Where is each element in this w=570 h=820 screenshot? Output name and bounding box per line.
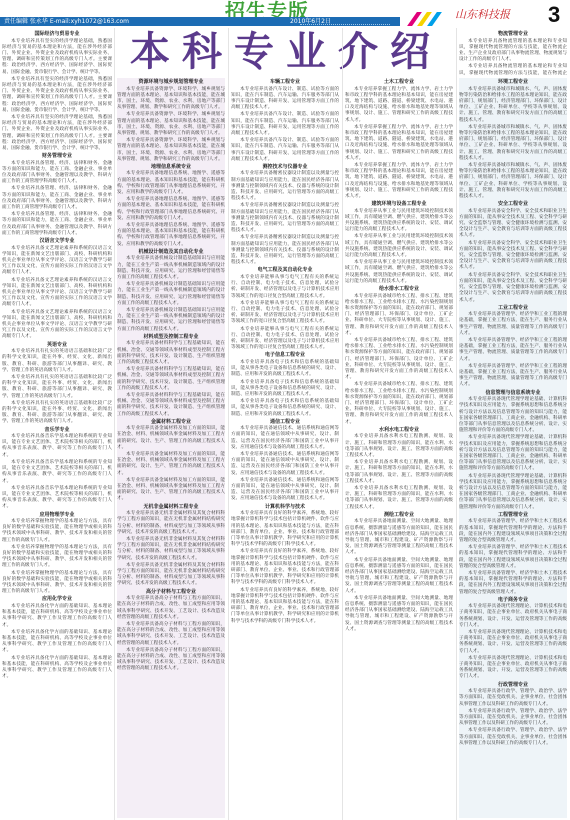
- section-body: 本专业培养具备化学方面的基础知识、基本理论和基本技能，能在科研机构、高等学校及企…: [2, 630, 112, 655]
- section-heading: 金属材料工程专业: [117, 419, 225, 426]
- section-heading: 应用物理学专业: [2, 512, 112, 519]
- section-body: 本专业培养具备机械设计制造基础知识与应用能力，能在工业生产第一线从事机械制造领域…: [117, 256, 225, 281]
- section-body: 本专业培养具备汽车设计、制造、试验等方面的知识，能在汽车制造、汽车运输、汽车服务…: [231, 87, 339, 112]
- headline-char: 专: [234, 30, 274, 74]
- section-body: 本专业培养具备资源学、环境科学、城乡规划与管理方面的基本理论、基本知识和基本技能…: [117, 87, 225, 112]
- section-body: 本专业培养具备地面测量、空间大地测量、地理信息系统、摄影测量与遥感等方面的知识，…: [345, 519, 453, 556]
- section-heading: 电子商务专业: [459, 597, 567, 604]
- section-body: 本专业培养具备精密仪器设计制造以及测量与控制方面基础知识与应用能力，能在国民经济…: [231, 235, 339, 266]
- section-heading: 给水排水工程专业: [345, 286, 453, 293]
- article-column: 物流管理专业本专业培养具备物流管理的基本理论和专业知识，掌握现代物流管理的方法与…: [459, 30, 567, 76]
- headline: 本 科 专 业 介 绍: [130, 30, 430, 74]
- column-divider: [456, 28, 457, 820]
- section-heading: 资源环境与城乡规划管理专业: [117, 79, 225, 86]
- section-heading: 高分子材料与工程专业: [117, 589, 225, 596]
- section-body: 本专业培养具备现代管理理论、计算机技术和电子商务知识，能在企事业单位、政府机关从…: [459, 656, 567, 681]
- section-body: 本专业培养具备地理信息系统、地图学、遥感等方面的基本理论、基本知识和基本技能，能…: [117, 223, 225, 248]
- section-heading: 车辆工程专业: [231, 79, 339, 86]
- section-body: 本专业培养具备物流管理的基本理论和专业知识，掌握现代物流管理的方法与技能，能在物…: [459, 39, 567, 64]
- section-body: 本专业培养具备音乐学基本理论和系统的专业知识，能在专业文艺团体、艺术院校等相关的…: [2, 460, 112, 485]
- section-body: 本专业培养具备资源学、环境科学、城乡规划与管理方面的基本理论、基本知识和基本技能…: [117, 138, 225, 163]
- section-body: 本专业培养具备安全科学、安全技术和职业卫生方面的知识，能从事安全技术及工程、安全…: [459, 241, 567, 272]
- section-body: 本专业培养具备城市给水工程、排水工程、建筑给水排水工程、工业给水排水工程、水污染…: [345, 382, 453, 425]
- section-body: 本专业培养具备现代管理学理论基础、计算机科学技术知识及应用能力，掌握系统思想和信…: [459, 474, 567, 511]
- section-heading: 通信工程专业: [231, 419, 339, 426]
- section-body: 本专业培养具备汽车设计、制造、试验等方面的知识，能在汽车制造、汽车运输、汽车服务…: [231, 138, 339, 163]
- section-heading: 工程管理专业: [459, 512, 567, 519]
- section-body: 本专业培养具备行政学、管理学、政治学、法学等方面知识，能在党政机关、企事业单位、…: [459, 728, 567, 747]
- section-body: 本专业培养具备城市和城镇水、气、声、固体废物等污染防治和给排水工程的基本理论知识…: [459, 163, 567, 200]
- section-heading: 汉语言文学专业: [2, 238, 112, 245]
- section-body: 本专业培养具备城市给水工程、排水工程、建筑给水排水工程、工业给水排水工程、水污染…: [345, 294, 453, 337]
- section-heading: 计算机科学与技术: [231, 504, 339, 511]
- section-body: 本专业培养具备通信技术、通信系统和通信网等方面的知识，能在通信领域中从事研究、设…: [231, 426, 339, 451]
- section-body: 本专业培养能够从事与电气工程有关的系统运行、自动控制、电力电子技术、信息处理、试…: [231, 327, 339, 352]
- section-body: 本专业培养具备管理学、经济学和土木工程技术的基本知识，掌握现代管理科学的理论、方…: [459, 545, 567, 570]
- section-heading: 信息管理与信息系统专业: [459, 390, 567, 397]
- section-body: 本专业培养具备化学方面的基础知识、基本理论和基本技能，能在科研机构、高等学校及企…: [2, 656, 112, 681]
- section-heading: 行政管理专业: [459, 682, 567, 689]
- section-body: 本专业培养具有良好的科学素养，系统地、较好地掌握计算机科学与技术包括计算机硬件、…: [231, 549, 339, 586]
- masthead-logo: 山东科技报: [455, 6, 510, 22]
- section-heading: 机械设计制造及其自动化专业: [117, 249, 225, 256]
- section-body: 本专业培养具备金属材料及加工方面的知识，能在冶金、材料、机械领域从事金属材料及加…: [117, 452, 225, 477]
- section-body: 本专业培养具备音乐学基本理论和系统的专业知识，能在专业文艺团体、艺术院校等相关的…: [2, 434, 112, 459]
- section-body: 本专业培养具备电子技术和信息系统的基础知识，能从事各类电子设备和信息系统的研究、…: [231, 360, 339, 379]
- section-heading: 国际经济与贸易专业: [2, 31, 112, 38]
- section-body: 本专业培养具备通信技术、通信系统和通信网等方面的知识，能在通信领域中从事研究、设…: [231, 452, 339, 477]
- section-body: 本专业培养具备管理学、经济学和工业工程的理论基础，掌握工业工程方法，能在生产、服…: [459, 338, 567, 363]
- headline-char: 科: [182, 30, 222, 74]
- section-heading: 建筑环境与设备工程专业: [345, 201, 453, 208]
- section-body: 本专业培养具备地面测量、空间大地测量、地理信息系统、摄影测量与遥感等方面的知识，…: [345, 558, 453, 595]
- section-body: 本专业培养具备资源学、环境科学、城乡规划与管理方面的基本理论、基本知识和基本技能…: [117, 112, 225, 137]
- section-body: 本专业培养掌握工程力学、流体力学、岩土力学和市政工程学科的基本理论和基本知识，能…: [345, 87, 453, 124]
- section-body: 本专业培养掌握工程力学、流体力学、岩土力学和市政工程学科的基本理论和基本知识，能…: [345, 125, 453, 162]
- section-body: 本专业培养能够从事与电气工程有关的系统运行、自动控制、电力电子技术、信息处理、试…: [231, 275, 339, 300]
- section-heading: 英语专业: [2, 342, 112, 349]
- section-body: 本专业培养掌握物理学的基本理论与方法，具有良好的数学基础和实验技能，能在物理学或…: [2, 519, 112, 544]
- section-body: 本专业培养具备行政学、管理学、政治学、法学等方面知识，能在党政机关、企事业单位、…: [459, 689, 567, 708]
- section-body: 本专业培养具备安全科学、安全技术和职业卫生方面的知识，能从事安全技术及工程、安全…: [459, 209, 567, 240]
- section-body: 本专业培养具备精密仪器设计制造以及测量与控制方面基础知识与应用能力，能在国民经济…: [231, 203, 339, 234]
- section-heading: 安全工程专业: [459, 201, 567, 208]
- section-body: 本专业培养具备水利水电工程勘测、规划、设计、施工、科研和管理等方面的知识，能在水…: [345, 460, 453, 485]
- article-column: 土木工程专业本专业培养掌握工程力学、流体力学、岩土力学和市政工程学科的基本理论和…: [345, 78, 453, 818]
- headline-char: 业: [286, 30, 326, 74]
- section-body: 本专业培养具有坚实的经济学理论基础，熟悉国际经济与贸易的基本理论和方法，能在涉外…: [2, 115, 112, 152]
- section-body: 本专业培养从事工业与民用建筑环境控制技术领域工作，具有暖通空调、燃气供应、建筑给…: [345, 209, 453, 234]
- headline-char: 本: [130, 30, 170, 74]
- article-column: 车辆工程专业本专业培养具备汽车设计、制造、试验等方面的知识，能在汽车制造、汽车运…: [231, 78, 339, 818]
- headline-char: 绍: [390, 30, 430, 74]
- section-heading: 土木工程专业: [345, 79, 453, 86]
- section-body: 本专业培养具备管理学、经济学和工业工程的理论基础，掌握工业工程方法，能在生产、服…: [459, 364, 567, 389]
- section-body: 本专业培养具备电子技术和信息系统的基础知识，能从事各类电子设备和信息系统的研究、…: [231, 380, 339, 399]
- section-body: 本专业培养具备材料科学与工程基础知识，能在机械、冶金、交通等领域从事材料成型及控…: [117, 341, 225, 366]
- section-body: 本专业培养具备水利水电工程勘测、规划、设计、施工、科研和管理等方面的知识，能在水…: [345, 434, 453, 459]
- section-body: 本专业培养具备现代管理学理论基础、计算机科学技术知识及应用能力，掌握系统思想和信…: [459, 435, 567, 472]
- section-heading: 环境工程专业: [459, 79, 567, 86]
- section-body: 本专业培养具备物流管理的基本理论和专业知识，掌握现代物流管理的方法与技能，能在物…: [459, 64, 567, 76]
- section-body: 本专业培养具备高分子材料与工程方面的知识，能在高分子材料的合成、改性、加工成型和…: [117, 622, 225, 647]
- section-body: 本专业培养从事工业与民用建筑环境控制技术领域工作，具有暖通空调、燃气供应、建筑给…: [345, 260, 453, 285]
- column-divider: [342, 28, 343, 820]
- section-body: 本专业培养具备无机非金属材料及其复合材料科学与工程方面的知识，能在无机非金属材料…: [117, 563, 225, 588]
- headline-char: 介: [338, 30, 378, 74]
- section-body: 本专业培养具有坚实的经济学理论基础，熟悉国际经济与贸易的基本理论和方法，能在涉外…: [2, 77, 112, 114]
- section-body: 本专业培养具备文艺理论素养和系统的汉语言文学知识，能在新闻文艺出版部门、高校、科…: [2, 310, 112, 341]
- section-body: 本专业培养具备文艺理论素养和系统的汉语言文学知识，能在新闻文艺出版部门、高校、科…: [2, 246, 112, 277]
- editor-line: 责任编辑 张永华 E-mail:xyh1072@163.com: [4, 17, 129, 26]
- page-number: 3: [548, 2, 560, 28]
- section-body: 本专业培养具备精密仪器设计制造以及测量与控制方面基础知识与应用能力，能在国民经济…: [231, 171, 339, 202]
- section-heading: 工业工程专业: [459, 305, 567, 312]
- section-body: 本专业培养具备通信技术、通信系统和通信网等方面的知识，能在通信领域中从事研究、设…: [231, 478, 339, 503]
- column-divider: [114, 28, 115, 820]
- article-column: 环境工程专业本专业培养具备城市和城镇水、气、声、固体废物等污染防治和给排水工程的…: [459, 78, 567, 818]
- section-body: 本专业培养具备机械设计制造基础知识与应用能力，能在工业生产第一线从事机械制造领域…: [117, 282, 225, 307]
- section-body: 本专业培养具备文艺理论素养和系统的汉语言文学知识，能在新闻文艺出版部门、高校、科…: [2, 278, 112, 309]
- color-stripes-icon: [408, 12, 448, 28]
- section-body: 本专业培养具备金属材料及加工方面的知识，能在冶金、材料、机械领域从事金属材料及加…: [117, 478, 225, 503]
- section-heading: 财务管理专业: [2, 153, 112, 160]
- section-body: 本专业培养具备音乐学基本理论和系统的专业知识，能在专业文艺团体、艺术院校等相关的…: [2, 486, 112, 511]
- section-body: 本专业培养具有坚实的经济学理论基础，熟悉国际经济与贸易的基本理论和方法，能在涉外…: [2, 39, 112, 76]
- section-heading: 电子信息工程专业: [231, 352, 339, 359]
- section-body: 本专业培养具有良好的科学素养，系统地、较好地掌握计算机科学与技术包括计算机硬件、…: [231, 588, 339, 625]
- section-body: 本专业培养具备管理学、经济学和土木工程技术的基本知识，掌握现代管理科学的理论、方…: [459, 571, 567, 596]
- section-body: 本专业培养具有扎实的英语语言基础和比较广泛的科学文化知识，能在外事、经贸、文化、…: [2, 349, 112, 374]
- section-heading: 音乐学专业: [2, 427, 112, 434]
- section-body: 本专业培养具备水利水电工程勘测、规划、设计、施工、科研和管理等方面的知识，能在水…: [345, 486, 453, 511]
- section-body: 本专业培养具备管理学、经济学和土木工程技术的基本知识，掌握现代管理科学的理论、方…: [459, 519, 567, 544]
- section-body: 本专业培养具备现代管理理论、计算机技术和电子商务知识，能在企事业单位、政府机关从…: [459, 604, 567, 629]
- section-heading: 材料成型及控制工程专业: [117, 334, 225, 341]
- section-body: 本专业培养具备行政学、管理学、政治学、法学等方面知识，能在党政机关、企事业单位、…: [459, 709, 567, 728]
- section-heading: 物流管理专业: [459, 31, 567, 38]
- section-body: 本专业培养具备管理学、经济学和工业工程的理论基础，掌握工业工程方法，能在生产、服…: [459, 312, 567, 337]
- section-body: 本专业培养具备管理、经济、法律和财务、金融等方面的知识和能力，能在工商、金融企业…: [2, 212, 112, 237]
- section-body: 本专业培养具备无机非金属材料及其复合材料科学与工程方面的知识，能在无机非金属材料…: [117, 537, 225, 562]
- section-heading: 电气工程及其自动化专业: [231, 267, 339, 274]
- section-body: 本专业培养具备城市和城镇水、气、声、固体废物等污染防治和给排水工程的基本理论知识…: [459, 87, 567, 124]
- section-heading: 测控技术与仪器专业: [231, 164, 339, 171]
- section-body: 本专业培养具备电子技术和信息系统的基础知识，能从事各类电子设备和信息系统的研究、…: [231, 399, 339, 418]
- section-body: 本专业培养具备高分子材料与工程方面的知识，能在高分子材料的合成、改性、加工成型和…: [117, 596, 225, 621]
- section-heading: 测绘工程专业: [345, 512, 453, 519]
- section-body: 本专业培养具备管理、经济、法律和财务、金融等方面的知识和能力，能在工商、金融企业…: [2, 161, 112, 186]
- section-body: 本专业培养具备城市和城镇水、气、声、固体废物等污染防治和给排水工程的基本理论知识…: [459, 125, 567, 162]
- section-body: 本专业培养具有扎实的英语语言基础和比较广泛的科学文化知识，能在外事、经贸、文化、…: [2, 401, 112, 426]
- section-body: 本专业培养具备安全科学、安全技术和职业卫生方面的知识，能从事安全技术及工程、安全…: [459, 273, 567, 304]
- section-body: 本专业培养具备无机非金属材料及其复合材料科学与工程方面的知识，能在无机非金属材料…: [117, 511, 225, 536]
- section-body: 本专业培养具备地理信息系统、地图学、遥感等方面的基本理论、基本知识和基本技能，能…: [117, 171, 225, 196]
- issue-date: 2010年6月2日: [290, 17, 331, 26]
- section-heading: 地理信息系统专业: [117, 164, 225, 171]
- section-body: 本专业培养具备材料科学与工程基础知识，能在机械、冶金、交通等领域从事材料成型及控…: [117, 393, 225, 418]
- article-column: 资源环境与城乡规划管理专业本专业培养具备资源学、环境科学、城乡规划与管理方面的基…: [117, 78, 225, 818]
- section-body: 本专业培养具备高分子材料与工程方面的知识，能在高分子材料的合成、改性、加工成型和…: [117, 648, 225, 673]
- section-body: 本专业培养从事工业与民用建筑环境控制技术领域工作，具有暖通空调、燃气供应、建筑给…: [345, 234, 453, 259]
- section-body: 本专业培养具备地理信息系统、地图学、遥感等方面的基本理论、基本知识和基本技能，能…: [117, 197, 225, 222]
- section-heading: 应用化学专业: [2, 596, 112, 603]
- section-body: 本专业培养掌握工程力学、流体力学、岩土力学和市政工程学科的基本理论和基本知识，能…: [345, 163, 453, 200]
- section-body: 本专业培养具有良好的科学素养，系统地、较好地掌握计算机科学与技术包括计算机硬件、…: [231, 511, 339, 548]
- section-body: 本专业培养具有扎实的英语语言基础和比较广泛的科学文化知识，能在外事、经贸、文化、…: [2, 375, 112, 400]
- section-heading: 水利水电工程专业: [345, 427, 453, 434]
- section-body: 本专业培养掌握物理学的基本理论与方法，具有良好的数学基础和实验技能，能在物理学或…: [2, 571, 112, 596]
- section-body: 本专业培养掌握物理学的基本理论与方法，具有良好的数学基础和实验技能，能在物理学或…: [2, 545, 112, 570]
- article-column: 国际经济与贸易专业本专业培养具有坚实的经济学理论基础，熟悉国际经济与贸易的基本理…: [2, 30, 112, 818]
- section-heading: 无机非金属材料工程专业: [117, 504, 225, 511]
- section-body: 本专业培养具备材料科学与工程基础知识，能在机械、冶金、交通等领域从事材料成型及控…: [117, 367, 225, 392]
- column-divider: [228, 28, 229, 820]
- header-bar: 责任编辑 张永华 E-mail:xyh1072@163.com 2010年6月2…: [0, 17, 400, 26]
- section-body: 本专业培养具备机械设计制造基础知识与应用能力，能在工业生产第一线从事机械制造领域…: [117, 308, 225, 333]
- section-body: 本专业培养具备化学方面的基础知识、基本理论和基本技能，能在科研机构、高等学校及企…: [2, 604, 112, 629]
- section-body: 本专业培养具备城市给水工程、排水工程、建筑给水排水工程、工业给水排水工程、水污染…: [345, 338, 453, 381]
- section-body: 本专业培养具备金属材料及加工方面的知识，能在冶金、材料、机械领域从事金属材料及加…: [117, 426, 225, 451]
- section-body: 本专业培养具备地面测量、空间大地测量、地理信息系统、摄影测量与遥感等方面的知识，…: [345, 596, 453, 633]
- section-body: 本专业培养具备管理、经济、法律和财务、金融等方面的知识和能力，能在工商、金融企业…: [2, 186, 112, 211]
- section-body: 本专业培养具备汽车设计、制造、试验等方面的知识，能在汽车制造、汽车运输、汽车服务…: [231, 112, 339, 137]
- section-body: 本专业培养具备现代管理学理论基础、计算机科学技术知识及应用能力，掌握系统思想和信…: [459, 397, 567, 434]
- section-body: 本专业培养具备现代管理理论、计算机技术和电子商务知识，能在企事业单位、政府机关从…: [459, 630, 567, 655]
- section-body: 本专业培养能够从事与电气工程有关的系统运行、自动控制、电力电子技术、信息处理、试…: [231, 301, 339, 326]
